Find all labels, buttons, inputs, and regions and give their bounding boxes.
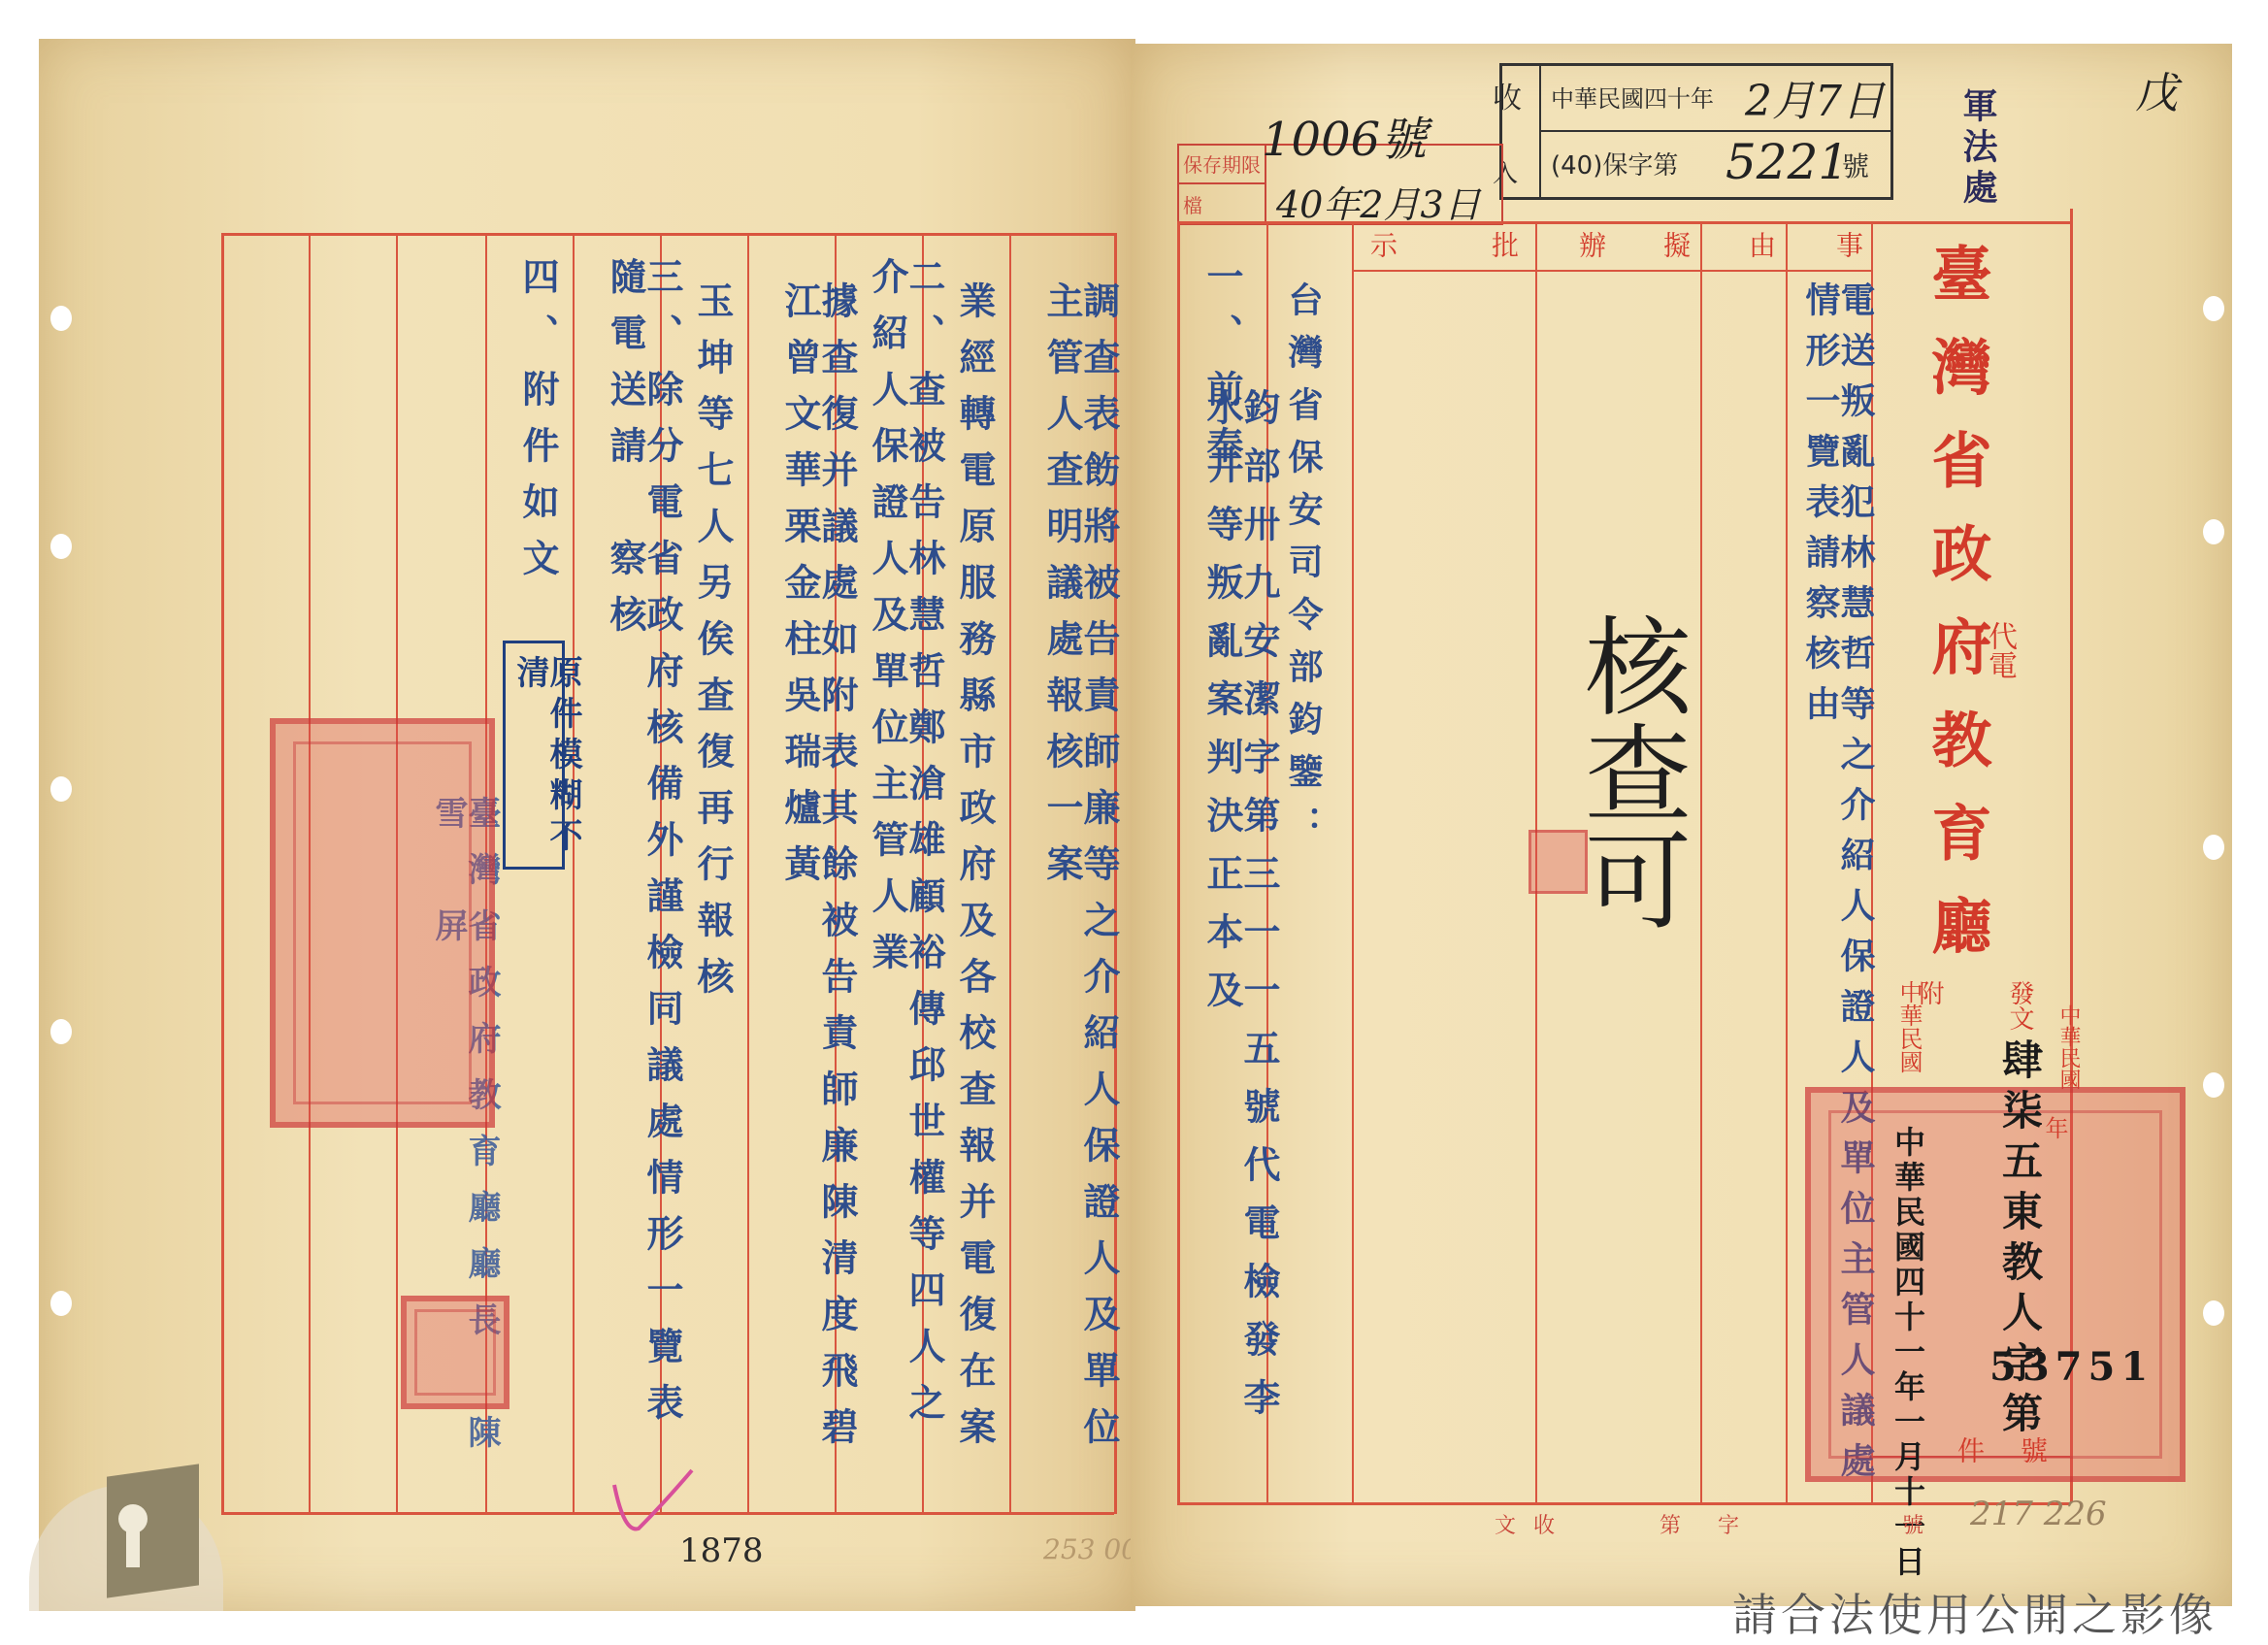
footer-label: 文 [1495, 1509, 1516, 1539]
binding-hole [50, 534, 72, 559]
issue-number: 53751 [1989, 1344, 2153, 1390]
number-suffix: 號 [2019, 1436, 2046, 1464]
binding-hole [50, 306, 72, 331]
approval-seal [1528, 830, 1588, 894]
date-field: 年 [2043, 1116, 2066, 1246]
body-paragraph: 三、除分電省政府核備外謹檢同議處情形一覽表隨電送請 察核 [607, 257, 680, 1480]
binding-hole [50, 776, 72, 802]
page-number: 1878 [679, 1531, 764, 1570]
binding-hole [2203, 1300, 2224, 1326]
retention-number: 1006號 [1262, 102, 1427, 169]
header-label: 辦 [1577, 231, 1604, 258]
body-paragraph: 據查復并議處如附表其餘被告責師廉陳清度飛碧江曾文華栗金柱吳瑞爐黃 [781, 281, 855, 1504]
body-paragraph: 玉坤等七人另俟查復再行報核 [694, 281, 731, 1504]
margin-note: 217 226 [1970, 1495, 2107, 1533]
binding-hole [50, 1291, 72, 1316]
footer-label: 字 [1718, 1509, 1739, 1539]
binding-hole [2203, 1072, 2224, 1098]
body-paragraph: 調查表飭將被告責師廉等之介紹人保證人及單位主管人查明議處報核一案 [1043, 281, 1117, 1504]
agency-title: 臺灣省政府教育廳 [1926, 243, 1987, 988]
binding-hole [2203, 519, 2224, 544]
body-paragraph: 業經轉電原服務縣市政府及各校查報并電復在案 [956, 281, 993, 1504]
receipt-stamp: 收 入 中華民國四十年 2月7日 (40)保字第 5221 號 [1499, 63, 1893, 200]
office-label: 軍法處 [1960, 87, 1995, 210]
issue-label: 發文 [2007, 980, 2032, 1031]
footer-label: 收 [1533, 1509, 1555, 1539]
body-paragraph: 鈞部卅九安潔字第三一一五號代電檢發李水井等叛亂案判決正本及 [1203, 388, 1277, 1485]
personal-seal [401, 1296, 509, 1409]
agency-suffix: 代電 [1985, 621, 2014, 679]
header-label: 擬 [1661, 231, 1689, 258]
header-label: 批 [1490, 231, 1517, 258]
header-label: 由 [1747, 231, 1774, 258]
recipient: 台灣省保安司令部鈞鑒： [1286, 281, 1321, 858]
attachment-footer: 件 [1956, 1436, 1983, 1464]
binding-hole [50, 1019, 72, 1044]
blurry-note-stamp: 原件模糊不清 [503, 641, 565, 870]
corner-mark: 戊 [2135, 58, 2178, 120]
official-seal [1805, 1087, 2186, 1482]
binding-hole [2203, 835, 2224, 860]
archive-logo-icon [29, 1446, 223, 1611]
official-seal [270, 718, 495, 1128]
watermark: 請合法使用公開之影像 [1732, 1580, 2218, 1644]
issue-date-label-2: 中華民國 [1897, 980, 1921, 1073]
footer-label: 第 [1660, 1509, 1681, 1539]
issue-date-label: 中華民國 [2057, 1004, 2079, 1090]
header-label: 事 [1834, 231, 1861, 258]
body-paragraph: 二、查被告林慧哲鄭滄雄顧裕傳邱世權等四人之介紹人保證人及單位主管人業 [869, 257, 942, 1480]
header-label: 示 [1368, 231, 1396, 258]
footer-label: 號 [1902, 1509, 1923, 1539]
binding-hole [2203, 296, 2224, 321]
